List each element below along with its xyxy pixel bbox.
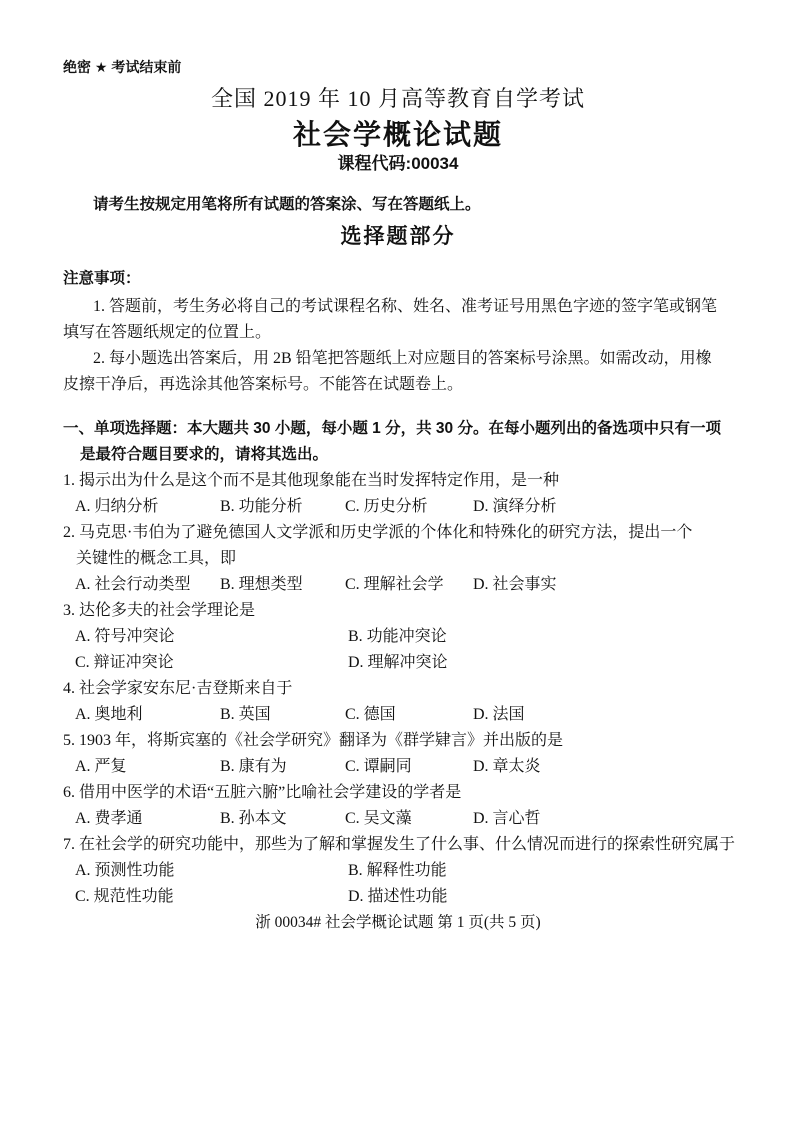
- question-3-options-row-1: A. 符号冲突论 B. 功能冲突论: [63, 624, 733, 650]
- question-3-option-b: B. 功能冲突论: [348, 624, 733, 650]
- exam-session-title: 全国 2019 年 10 月高等教育自学考试: [63, 86, 733, 112]
- question-4-option-b: B. 英国: [220, 702, 345, 728]
- question-6-options: A. 费孝通 B. 孙本文 C. 吴文藻 D. 言心哲: [63, 806, 733, 832]
- question-5-text: 5. 1903 年，将斯宾塞的《社会学研究》翻译为《群学肄言》并出版的是: [63, 728, 733, 754]
- question-4-option-c: C. 德国: [345, 702, 473, 728]
- question-7-option-a: A. 预测性功能: [75, 858, 348, 884]
- question-5-option-c: C. 谭嗣同: [345, 754, 473, 780]
- page-footer: 浙 00034# 社会学概论试题 第 1 页(共 5 页): [63, 910, 733, 936]
- question-2-option-a: A. 社会行动类型: [75, 572, 220, 598]
- answer-sheet-instruction: 请考生按规定用笔将所有试题的答案涂、写在答题纸上。: [63, 194, 733, 216]
- question-7-text: 7. 在社会学的研究功能中，那些为了解和掌握发生了什么事、什么情况而进行的探索性…: [63, 832, 733, 858]
- question-4-text: 4. 社会学家安东尼·吉登斯来自于: [63, 676, 733, 702]
- question-list: 1. 揭示出为什么是这个而不是其他现象能在当时发挥特定作用，是一种 A. 归纳分…: [63, 468, 733, 910]
- question-7: 7. 在社会学的研究功能中，那些为了解和掌握发生了什么事、什么情况而进行的探索性…: [63, 832, 733, 910]
- notice-heading: 注意事项：: [63, 268, 733, 290]
- question-2-option-b: B. 理想类型: [220, 572, 345, 598]
- question-3-option-c: C. 辩证冲突论: [75, 650, 348, 676]
- question-4-options: A. 奥地利 B. 英国 C. 德国 D. 法国: [63, 702, 733, 728]
- paper-title: 社会学概论试题: [63, 118, 733, 152]
- question-1-option-a: A. 归纳分析: [75, 494, 220, 520]
- question-4-option-a: A. 奥地利: [75, 702, 220, 728]
- question-1-text: 1. 揭示出为什么是这个而不是其他现象能在当时发挥特定作用，是一种: [63, 468, 733, 494]
- question-5-options: A. 严复 B. 康有为 C. 谭嗣同 D. 章太炎: [63, 754, 733, 780]
- question-4: 4. 社会学家安东尼·吉登斯来自于 A. 奥地利 B. 英国 C. 德国 D. …: [63, 676, 733, 728]
- question-3-options-row-2: C. 辩证冲突论 D. 理解冲突论: [63, 650, 733, 676]
- question-6-option-a: A. 费孝通: [75, 806, 220, 832]
- notice-list: 1. 答题前，考生务必将自己的考试课程名称、姓名、准考证号用黑色字迹的签字笔或钢…: [63, 294, 733, 398]
- notice-item-1-line-2: 填写在答题纸规定的位置上。: [63, 320, 733, 346]
- question-1-option-b: B. 功能分析: [220, 494, 345, 520]
- question-7-option-d: D. 描述性功能: [348, 884, 733, 910]
- question-2-option-c: C. 理解社会学: [345, 572, 473, 598]
- notice-item-2-line-1: 2. 每小题选出答案后，用 2B 铅笔把答题纸上对应题目的答案标号涂黑。如需改动…: [63, 346, 733, 372]
- section-1-header-line-2: 是最符合题目要求的，请将其选出。: [63, 442, 733, 468]
- question-6-option-d: D. 言心哲: [473, 806, 733, 832]
- question-5-option-b: B. 康有为: [220, 754, 345, 780]
- question-7-option-c: C. 规范性功能: [75, 884, 348, 910]
- question-1-option-c: C. 历史分析: [345, 494, 473, 520]
- part-title: 选择题部分: [63, 224, 733, 250]
- section-1-header-line-1: 一、单项选择题：本大题共 30 小题，每小题 1 分，共 30 分。在每小题列出…: [63, 416, 733, 442]
- question-3-option-d: D. 理解冲突论: [348, 650, 733, 676]
- course-code: 课程代码:00034: [63, 152, 733, 175]
- exam-paper-page: 绝密 ★ 考试结束前 全国 2019 年 10 月高等教育自学考试 社会学概论试…: [0, 0, 793, 1122]
- question-3-option-a: A. 符号冲突论: [75, 624, 348, 650]
- question-7-options-row-1: A. 预测性功能 B. 解释性功能: [63, 858, 733, 884]
- question-6-option-c: C. 吴文藻: [345, 806, 473, 832]
- question-2: 2. 马克思·韦伯为了避免德国人文学派和历史学派的个体化和特殊化的研究方法，提出…: [63, 520, 733, 598]
- question-6-text: 6. 借用中医学的术语“五脏六腑”比喻社会学建设的学者是: [63, 780, 733, 806]
- secrecy-notice: 绝密 ★ 考试结束前: [63, 56, 733, 78]
- notice-item-2-line-2: 皮擦干净后，再选涂其他答案标号。不能答在试题卷上。: [63, 372, 733, 398]
- question-5-option-a: A. 严复: [75, 754, 220, 780]
- notice-item-1-line-1: 1. 答题前，考生务必将自己的考试课程名称、姓名、准考证号用黑色字迹的签字笔或钢…: [63, 294, 733, 320]
- question-7-options-row-2: C. 规范性功能 D. 描述性功能: [63, 884, 733, 910]
- question-2-option-d: D. 社会事实: [473, 572, 733, 598]
- question-4-option-d: D. 法国: [473, 702, 733, 728]
- question-2-text-line-1: 2. 马克思·韦伯为了避免德国人文学派和历史学派的个体化和特殊化的研究方法，提出…: [63, 520, 733, 546]
- question-6-option-b: B. 孙本文: [220, 806, 345, 832]
- question-3-text: 3. 达伦多夫的社会学理论是: [63, 598, 733, 624]
- question-1: 1. 揭示出为什么是这个而不是其他现象能在当时发挥特定作用，是一种 A. 归纳分…: [63, 468, 733, 520]
- question-2-options: A. 社会行动类型 B. 理想类型 C. 理解社会学 D. 社会事实: [63, 572, 733, 598]
- section-1-header: 一、单项选择题：本大题共 30 小题，每小题 1 分，共 30 分。在每小题列出…: [63, 416, 733, 468]
- question-1-option-d: D. 演绎分析: [473, 494, 733, 520]
- question-2-text-line-2: 关键性的概念工具，即: [63, 546, 733, 572]
- question-6: 6. 借用中医学的术语“五脏六腑”比喻社会学建设的学者是 A. 费孝通 B. 孙…: [63, 780, 733, 832]
- question-5: 5. 1903 年，将斯宾塞的《社会学研究》翻译为《群学肄言》并出版的是 A. …: [63, 728, 733, 780]
- question-3: 3. 达伦多夫的社会学理论是 A. 符号冲突论 B. 功能冲突论 C. 辩证冲突…: [63, 598, 733, 676]
- question-7-option-b: B. 解释性功能: [348, 858, 733, 884]
- question-5-option-d: D. 章太炎: [473, 754, 733, 780]
- question-1-options: A. 归纳分析 B. 功能分析 C. 历史分析 D. 演绎分析: [63, 494, 733, 520]
